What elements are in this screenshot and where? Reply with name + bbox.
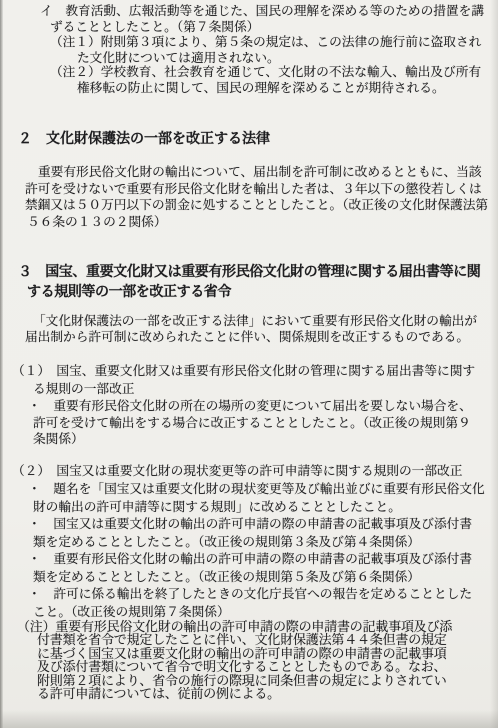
bullet-line: ・ 国宝又は重要文化財の輸出の許可申請の際の申請書の記載事項及び添付書 bbox=[28, 516, 498, 534]
subsection-2-bullets: ・ 題名を「国宝又は重要文化財の現状変更等及び輸出並びに重要有形民俗文化 財の輸… bbox=[0, 481, 498, 621]
note-2: （注２）学校教育、社会教育を通じて、文化財の不法な輸入、輸出及び所有 権移転の防… bbox=[0, 65, 498, 96]
section-2-heading: ２ 文化財保護法の一部を改正する法律 bbox=[0, 129, 498, 148]
subsection-1-bullet: ・ 重要有形民俗文化財の所在の場所の変更について届出を要しない場合を、 許可を受… bbox=[0, 398, 498, 448]
section-3-paragraph: 「文化財保護法の一部を改正する法律」において重要有形民俗文化財の輸出が 届出制か… bbox=[0, 314, 498, 345]
text-line: る許可申請については、従前の例による。 bbox=[37, 687, 498, 700]
heading-line: ３ 国宝、重要文化財又は重要有形民俗文化財の管理に関する届出書等に関 bbox=[18, 261, 498, 281]
text-line: （注１）附則第３項により、第５条の規定は、この法律の施行前に盗取され bbox=[50, 35, 498, 51]
text-line: 及び添付書類について省令で明文化することとしたものである。なお、 bbox=[37, 660, 498, 673]
text-line: （２） 国宝又は重要文化財の現状変更等の許可申請等に関する規則の一部改正 bbox=[12, 463, 498, 480]
subsection-2-title: （２） 国宝又は重要文化財の現状変更等の許可申請等に関する規則の一部改正 bbox=[0, 463, 498, 480]
text-line: 禁錮又は５０万円以下の罰金に処することとしたこと。（改正後の文化財保護法第 bbox=[25, 197, 498, 214]
text-line: 財の輸出の許可申請等に関する規則」に改めることとしたこと。 bbox=[33, 499, 498, 517]
bullet-line: ・ 重要有形民俗文化財の所在の場所の変更について届出を要しない場合を、 bbox=[28, 398, 498, 415]
text-line: 類を定めることとしたこと。（改正後の規則第３条及び第４条関係） bbox=[33, 534, 498, 552]
bullet-line: ・ 重要有形民俗文化財の輸出の許可申請の際の申請書の記載事項及び添付書 bbox=[28, 551, 498, 569]
text-line: （注２）学校教育、社会教育を通じて、文化財の不法な輸入、輸出及び所有 bbox=[50, 65, 498, 81]
text-line: た文化財については適用されない。 bbox=[77, 51, 498, 67]
text-line: 条関係） bbox=[33, 431, 498, 448]
text-line: る規則の一部改正 bbox=[33, 381, 498, 399]
text-line: 許可を受けないで重要有形民俗文化財を輸出した者は、３年以下の懲役若しくは bbox=[25, 181, 498, 198]
section-2-paragraph: 重要有形民俗文化財の輸出について、届出制を許可制に改めるとともに、当該 許可を受… bbox=[0, 164, 498, 230]
scanned-document-page: イ 教育活動、広報活動等を通じた、国民の理解を深める等のための措置を講 ずること… bbox=[0, 0, 498, 728]
text-line: 類を定めることとしたこと。（改正後の規則第５条及び第６条関係） bbox=[33, 569, 498, 587]
bullet-line: ・ 許可に係る輸出を終了したときの文化庁長官への報告を定めることとした bbox=[28, 586, 498, 604]
text-line: ５６条の１３の２関係） bbox=[27, 214, 498, 231]
heading-line: する規則等の一部を改正する省令 bbox=[27, 281, 498, 301]
scan-edge-bottom bbox=[0, 710, 498, 728]
text-line: 許可を受けて輸出をする場合に改正することとしたこと。（改正後の規則第９ bbox=[33, 415, 498, 432]
text-line: 付書類を省令で規定したことに伴い、文化財保護法第４４条但書の規定 bbox=[37, 633, 498, 646]
note-1: （注１）附則第３項により、第５条の規定は、この法律の施行前に盗取され た文化財に… bbox=[0, 35, 498, 66]
text-line: 「文化財保護法の一部を改正する法律」において重要有形民俗文化財の輸出が bbox=[33, 314, 498, 330]
subsection-1-title: （１） 国宝、重要文化財又は重要有形民俗文化財の管理に関する届出書等に関す る規… bbox=[0, 363, 498, 398]
text-line: 届出制から許可制に改められたことに伴い、関係規則を改正するものである。 bbox=[25, 330, 498, 346]
text-line: 権移転の防止に関して、国民の理解を深めることが期待される。 bbox=[77, 81, 498, 97]
text-line: （１） 国宝、重要文化財又は重要有形民俗文化財の管理に関する届出書等に関す bbox=[12, 363, 498, 381]
heading-line: ２ 文化財保護法の一部を改正する法律 bbox=[18, 129, 498, 148]
text-line: ずることとしたこと。（第７条関係） bbox=[50, 20, 498, 36]
text-line: イ 教育活動、広報活動等を通じた、国民の理解を深める等のための措置を講 bbox=[40, 4, 498, 20]
text-line: 重要有形民俗文化財の輸出について、届出制を許可制に改めるとともに、当該 bbox=[38, 164, 498, 181]
bullet-line: ・ 題名を「国宝又は重要文化財の現状変更等及び輸出並びに重要有形民俗文化 bbox=[28, 481, 498, 499]
clause-item-i: イ 教育活動、広報活動等を通じた、国民の理解を深める等のための措置を講 ずること… bbox=[0, 4, 498, 35]
section-3-heading: ３ 国宝、重要文化財又は重要有形民俗文化財の管理に関する届出書等に関 する規則等… bbox=[0, 261, 498, 301]
subsection-2-note: （注）重要有形民俗文化財の輸出の許可申請の際の申請書の記載事項及び添 付書類を省… bbox=[0, 620, 498, 700]
